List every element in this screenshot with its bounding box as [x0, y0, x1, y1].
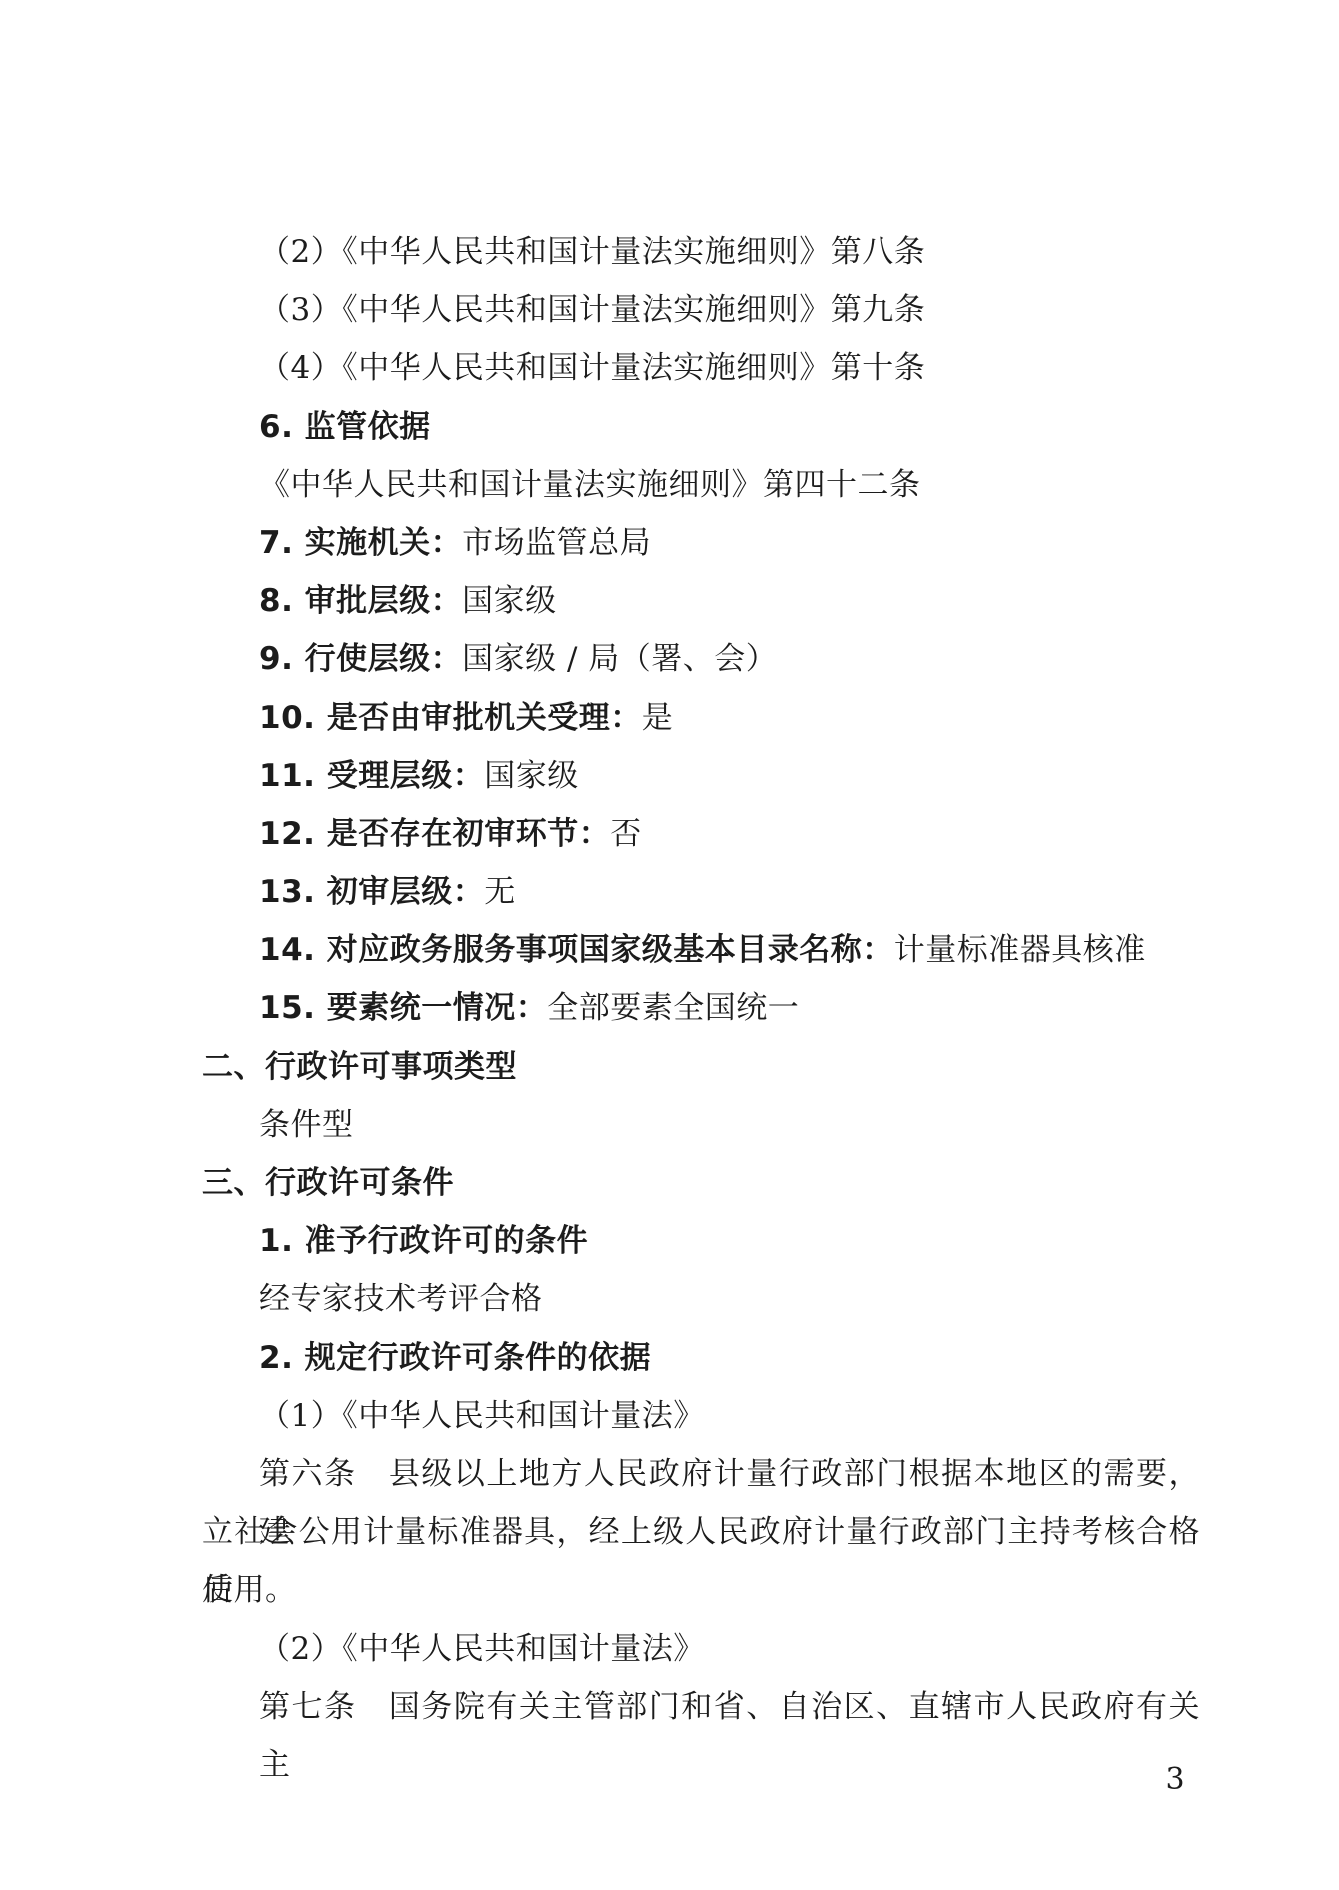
- condition-basis-law-1: （1）《中华人民共和国计量法》: [202, 1387, 1200, 1445]
- line-text: （2）《中华人民共和国计量法实施细则》第八条: [259, 234, 925, 270]
- line-label: 12. 是否存在初审环节：: [259, 816, 610, 852]
- field-preliminary-review-exists: 12. 是否存在初审环节：否: [202, 805, 1200, 863]
- field-element-unification: 15. 要素统一情况：全部要素全国统一: [202, 979, 1200, 1037]
- line-value: 是: [642, 700, 674, 736]
- field-approval-level: 8. 审批层级：国家级: [202, 572, 1200, 630]
- line-text: 条件型: [259, 1107, 354, 1143]
- line-value: 全部要素全国统一: [547, 990, 799, 1026]
- line-label: 13. 初审层级：: [259, 874, 484, 910]
- line-value: 市场监管总局: [462, 525, 651, 561]
- permit-type-value: 条件型: [202, 1096, 1200, 1154]
- line-text: 使用。: [202, 1572, 297, 1608]
- field-implementing-authority: 7. 实施机关：市场监管总局: [202, 514, 1200, 572]
- section-heading-3: 三、行政许可条件: [202, 1154, 1200, 1212]
- line-label: 11. 受理层级：: [259, 758, 484, 794]
- field-preliminary-review-level: 13. 初审层级：无: [202, 863, 1200, 921]
- line-value: 国家级: [462, 583, 557, 619]
- section-heading-text: 三、行政许可条件: [202, 1165, 454, 1201]
- condition-basis-law-2: （2）《中华人民共和国计量法》: [202, 1620, 1200, 1678]
- permit-condition-text: 经专家技术考评合格: [202, 1270, 1200, 1328]
- line-text: （3）《中华人民共和国计量法实施细则》第九条: [259, 292, 925, 328]
- line-text: （1）《中华人民共和国计量法》: [259, 1398, 705, 1434]
- line-label: 10. 是否由审批机关受理：: [259, 700, 642, 736]
- line-label: 6. 监管依据: [259, 409, 431, 445]
- law-article-6-line-3: 使用。: [202, 1561, 1200, 1619]
- supervision-basis-text: 《中华人民共和国计量法实施细则》第四十二条: [202, 456, 1200, 514]
- line-value: 国家级: [484, 758, 579, 794]
- line-text: 第七条 国务院有关主管部门和省、自治区、直辖市人民政府有关主: [259, 1689, 1200, 1783]
- line-label: 1. 准予行政许可的条件: [259, 1223, 588, 1259]
- field-national-catalog-name: 14. 对应政务服务事项国家级基本目录名称：计量标准器具核准: [202, 921, 1200, 979]
- field-exercise-level: 9. 行使层级：国家级 / 局（署、会）: [202, 630, 1200, 688]
- line-text: （2）《中华人民共和国计量法》: [259, 1631, 705, 1667]
- law-article-6-line-2: 立社会公用计量标准器具，经上级人民政府计量行政部门主持考核合格后: [202, 1503, 1200, 1561]
- basis-item-4: （4）《中华人民共和国计量法实施细则》第十条: [202, 339, 1200, 397]
- line-label: 7. 实施机关：: [259, 525, 462, 561]
- line-text: 经专家技术考评合格: [259, 1281, 543, 1317]
- field-acceptance-level: 11. 受理层级：国家级: [202, 747, 1200, 805]
- page-number: 3: [1155, 1758, 1195, 1802]
- line-label: 15. 要素统一情况：: [259, 990, 547, 1026]
- line-label: 14. 对应政务服务事项国家级基本目录名称：: [259, 932, 894, 968]
- line-value: 国家级 / 局（署、会）: [462, 641, 777, 677]
- basis-item-2: （2）《中华人民共和国计量法实施细则》第八条: [202, 223, 1200, 281]
- field-accepted-by-approval-authority: 10. 是否由审批机关受理：是: [202, 689, 1200, 747]
- line-value: 否: [610, 816, 642, 852]
- law-article-6-line-1: 第六条 县级以上地方人民政府计量行政部门根据本地区的需要，建: [202, 1445, 1200, 1503]
- document-body: （2）《中华人民共和国计量法实施细则》第八条 （3）《中华人民共和国计量法实施细…: [202, 223, 1200, 1736]
- section-heading-2: 二、行政许可事项类型: [202, 1038, 1200, 1096]
- line-text: （4）《中华人民共和国计量法实施细则》第十条: [259, 350, 925, 386]
- line-value: 无: [484, 874, 516, 910]
- document-page: （2）《中华人民共和国计量法实施细则》第八条 （3）《中华人民共和国计量法实施细…: [0, 0, 1339, 1890]
- subheading-condition-basis: 2. 规定行政许可条件的依据: [202, 1329, 1200, 1387]
- line-label: 9. 行使层级：: [259, 641, 462, 677]
- basis-item-3: （3）《中华人民共和国计量法实施细则》第九条: [202, 281, 1200, 339]
- subheading-permit-conditions: 1. 准予行政许可的条件: [202, 1212, 1200, 1270]
- law-article-7-line-1: 第七条 国务院有关主管部门和省、自治区、直辖市人民政府有关主: [202, 1678, 1200, 1736]
- line-label: 8. 审批层级：: [259, 583, 462, 619]
- field-supervision-basis: 6. 监管依据: [202, 398, 1200, 456]
- line-label: 2. 规定行政许可条件的依据: [259, 1340, 651, 1376]
- line-text: 《中华人民共和国计量法实施细则》第四十二条: [259, 467, 921, 503]
- line-value: 计量标准器具核准: [894, 932, 1146, 968]
- section-heading-text: 二、行政许可事项类型: [202, 1049, 517, 1085]
